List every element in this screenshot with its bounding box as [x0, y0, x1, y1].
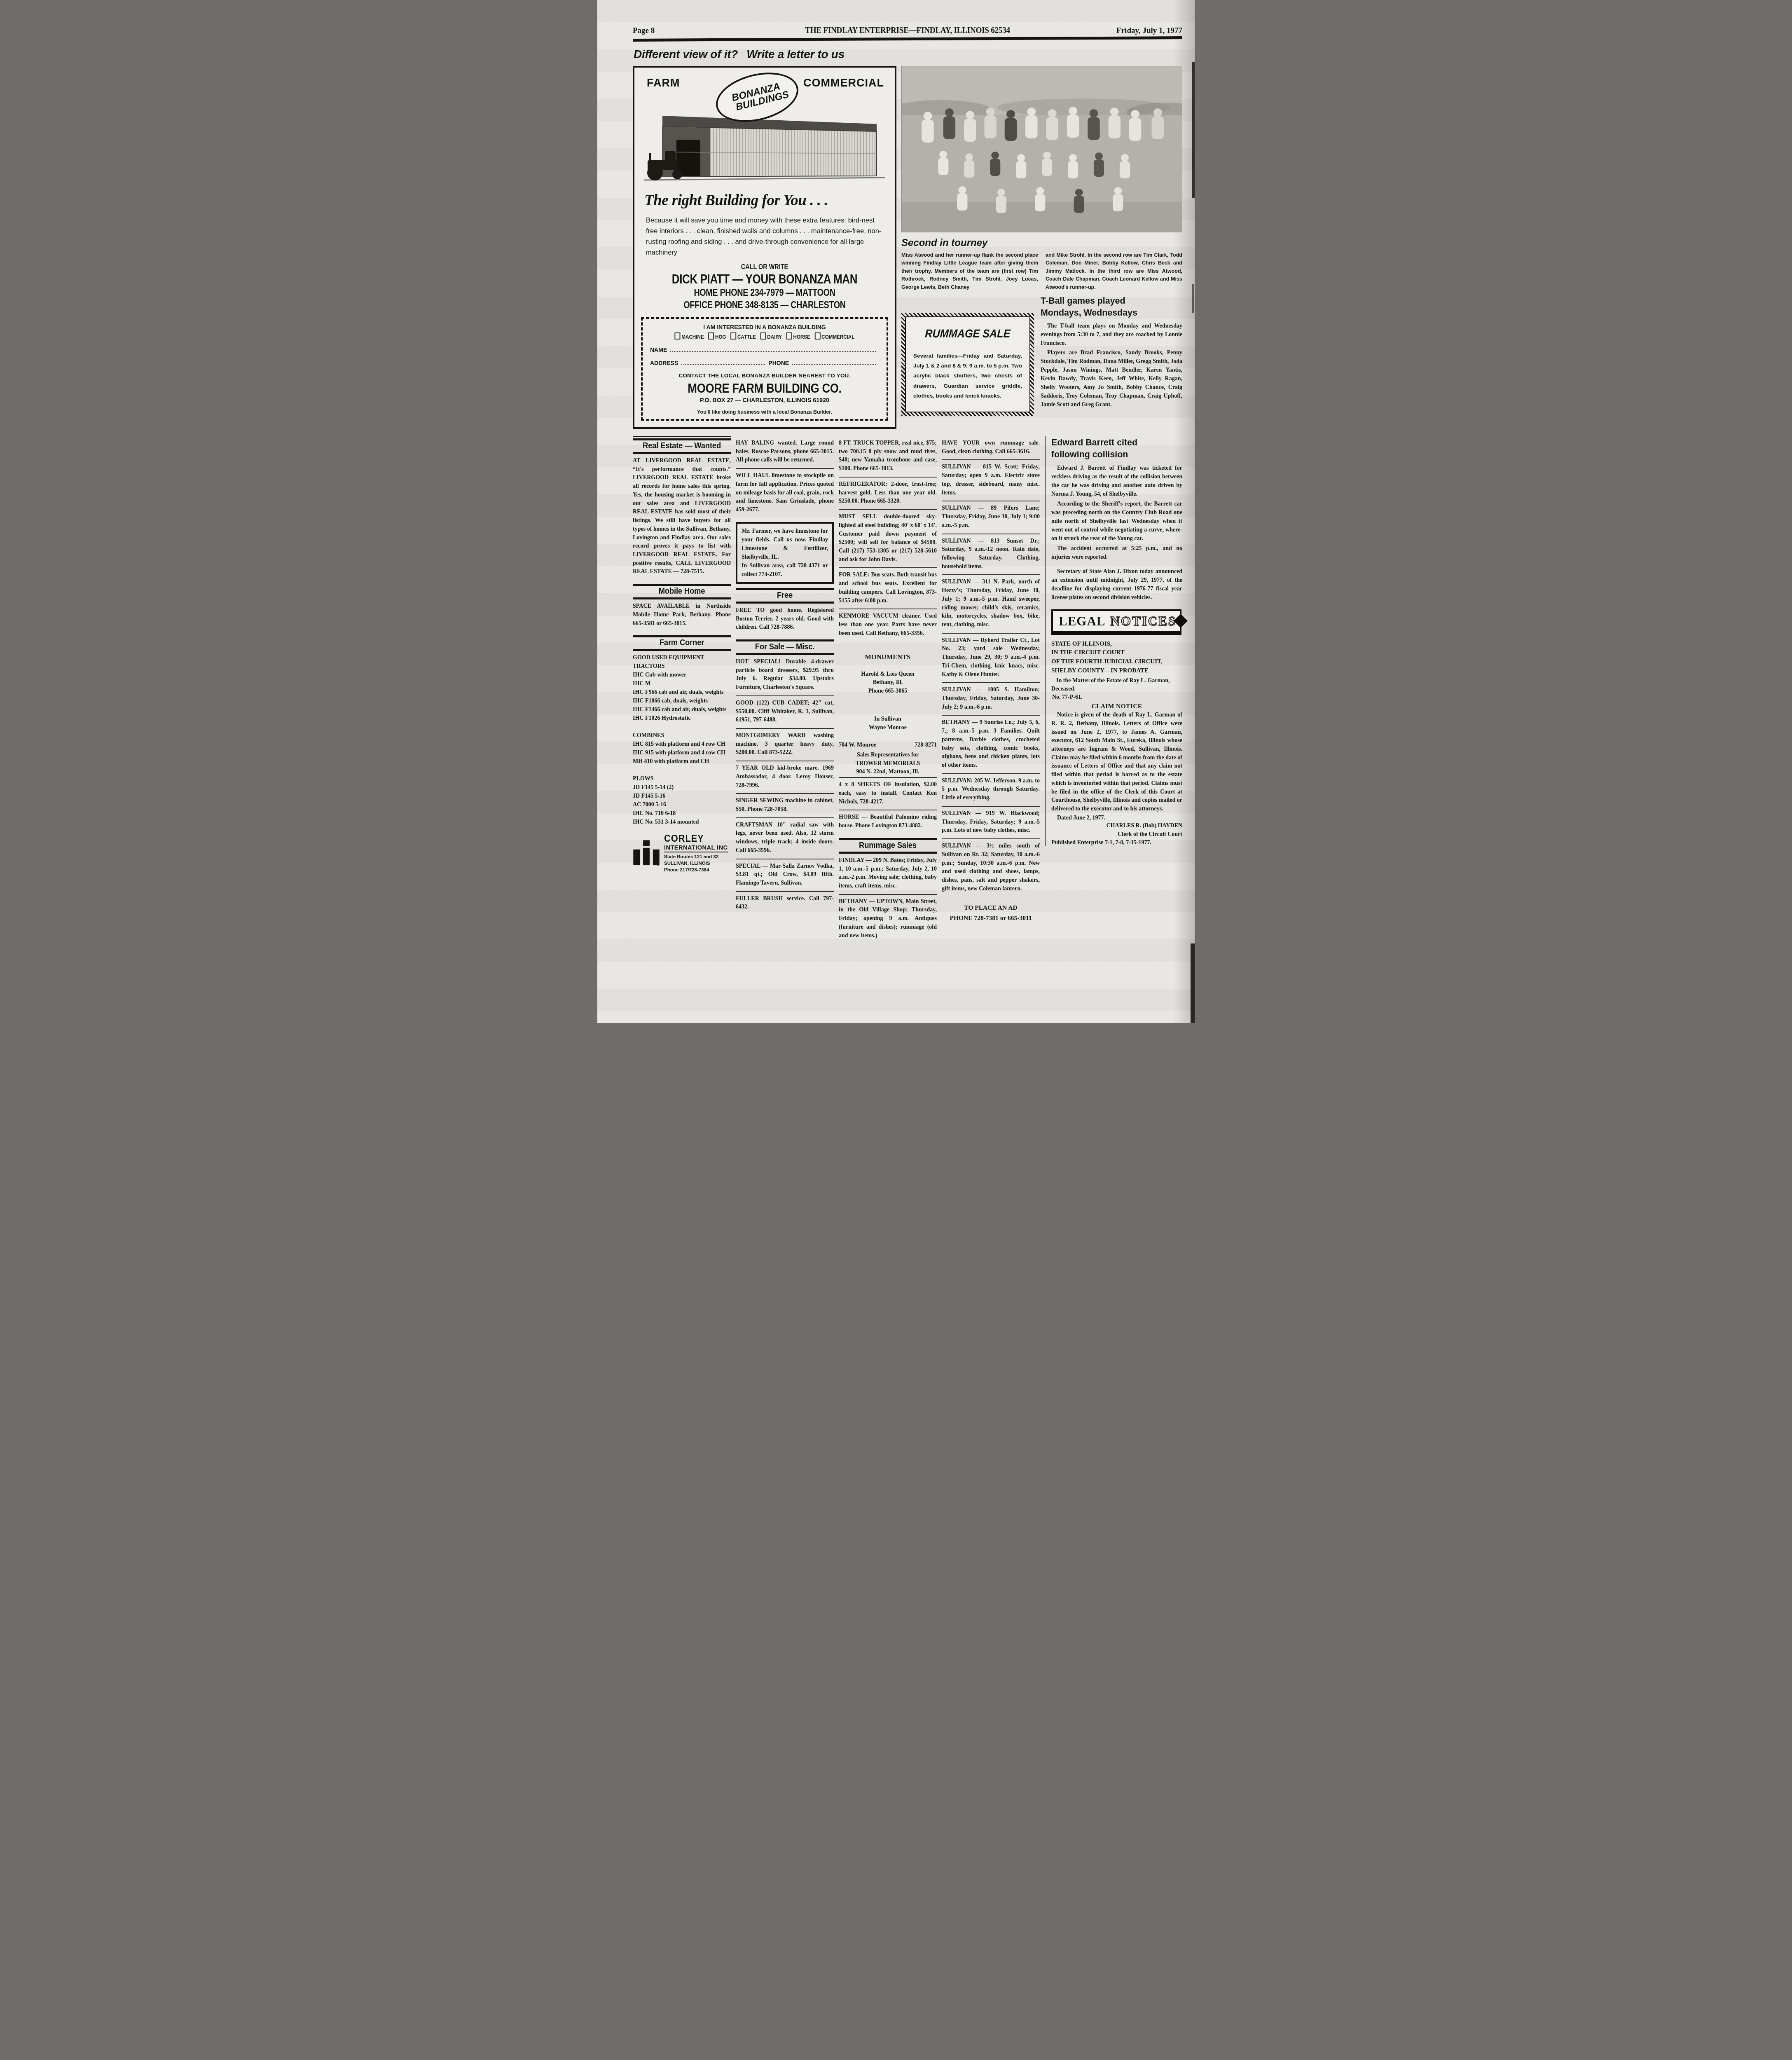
rummage-sale-ad: RUMMAGE SALE Several families—Friday and… [901, 313, 1034, 416]
farm-label: FARM [647, 77, 680, 89]
newspaper-page: Page 8 THE FINDLAY ENTERPRISE—FINDLAY, I… [597, 0, 1195, 1023]
newspaper-title: THE FINDLAY ENTERPRISE—FINDLAY, ILLINOIS… [644, 26, 1172, 35]
classified-ad: CRAFTSMAN 10" radial saw with legs, neve… [736, 818, 834, 859]
classified-ad: MUST SELL double-doored sky-lighted all … [839, 510, 937, 568]
checkbox-icon [708, 332, 714, 339]
limestone-boxed-ad: Mr. Farmer, we have limestone for your f… [736, 522, 834, 584]
top-section: FARM COMMERCIAL BONANZA BUILDINGS [633, 66, 1182, 429]
legal-dated-line: Dated June 2, 1977. [1051, 815, 1182, 822]
place-an-ad-notice: TO PLACE AN AD PHONE 728-7381 or 665-301… [942, 903, 1040, 924]
coupon-tagline: You'll like doing business with a local … [650, 409, 879, 415]
address-field-line [681, 364, 765, 365]
classified-ad: HAY BALING wanted. Large round bales. Ro… [736, 436, 834, 469]
section-head-farm-corner: Farm Corner [633, 635, 731, 651]
classified-ad: SULLIVAN — 89 Pifers Lane; Thursday, Fri… [942, 501, 1040, 534]
farm-corner-listing: GOOD USED EQUIPMENT TRACTORS IHC Cub wit… [633, 651, 731, 826]
classified-ad: SPACE AVAILABLE in Northside Mobile Home… [633, 599, 731, 631]
section-head-label: For Sale — Misc. [740, 641, 830, 653]
coupon-options-row: MACHINE HOG CATTLE DAIRY HORSE COMMERCIA… [658, 332, 871, 340]
section-head-real-estate: Real Estate — Wanted [633, 436, 731, 454]
classified-ad: SULLIVAN — 311 N. Park, north of Hezzy's… [942, 575, 1040, 633]
name-field-line [670, 351, 876, 352]
ih-logo-icon [633, 840, 660, 867]
classified-column-4: HAVE YOUR own rummage sale. Good, clean … [942, 436, 1040, 924]
classified-ad: REFRIGERATOR: 2-door, frost-free; harves… [839, 478, 937, 510]
barrett-paragraph-1: Edward J. Barrett of Findlay was tickete… [1051, 464, 1182, 499]
coupon-option-horse: HORSE [786, 334, 810, 340]
tball-paragraph-1: The T-ball team plays on Monday and Wedn… [1041, 322, 1182, 348]
tball-headline: T-Ball games played Mondays, Wednesdays [1041, 295, 1175, 319]
address-field-label: ADDRESS [650, 360, 678, 366]
section-head-for-sale: For Sale — Misc. [736, 639, 834, 655]
coupon-option-label: HORSE [793, 334, 810, 340]
team-photo [901, 66, 1182, 232]
rummage-sale-ad-inner: RUMMAGE SALE Several families—Friday and… [905, 316, 1030, 412]
checkbox-icon [815, 332, 821, 339]
classified-ad: SINGER SEWING machine in cabinet, $50. P… [736, 794, 834, 818]
classified-column-3: 8 FT. TRUCK TOPPER, real nice, $75; two … [839, 436, 937, 943]
section-head-free: Free [736, 588, 834, 604]
legal-matter-line: In the Matter of the Estate of Ray L. Ga… [1051, 677, 1182, 694]
classified-ad: SULLIVAN: 205 W. Jefferson. 9 a.m. to 5 … [942, 774, 1040, 807]
legal-case-number: No. 77-P-61. [1051, 694, 1182, 701]
dixon-paragraph: Secretary of State Alan J. Dixon today a… [1051, 567, 1182, 602]
corley-international-ad: CORLEY INTERNATIONAL INC State Routes 12… [633, 833, 731, 873]
masthead-rule [633, 36, 1182, 42]
dealer-name-line: DICK PIATT — YOUR BONANZA MAN [655, 272, 874, 287]
classified-ad: SULLIVAN — 813 Sunset Dr.; Saturday, 9 a… [942, 534, 1040, 576]
coupon-option-label: HOG [715, 334, 726, 340]
barrett-headline: Edward Barrett cited following collision [1051, 436, 1176, 461]
classified-column-2: HAY BALING wanted. Large round bales. Ro… [736, 436, 834, 915]
rule [633, 436, 731, 437]
claim-notice-body: Notice is given of the death of Ray L. G… [1051, 711, 1182, 814]
corley-address: State Routes 121 and 32 SULLIVAN, ILLINO… [664, 854, 728, 873]
tball-paragraph-2: Players are Brad Francisco, Sandy Brooks… [1041, 349, 1182, 409]
classified-ad: KENMORE VACUUM cleaner. Used less than o… [839, 609, 937, 641]
coupon-contact-line: CONTACT THE LOCAL BONANZA BUILDER NEARES… [650, 372, 879, 379]
company-address: P.O. BOX 27 — CHARLESTON, ILLINOIS 61920 [659, 397, 870, 404]
barrett-paragraph-3: The accident occurred at 5:25 p.m., and … [1051, 544, 1182, 562]
coupon-option-commercial: COMMERCIAL [815, 334, 855, 340]
classified-ad: FINDLAY — 209 N. Bates; Friday, July 1, … [839, 854, 937, 895]
caption-column-1: Miss Atwood and her runner-up flank the … [901, 251, 1038, 291]
section-head-mobile-home: Mobile Home [633, 584, 731, 599]
corley-ad-text: CORLEY INTERNATIONAL INC State Routes 12… [664, 833, 728, 873]
classified-ad: 8 FT. TRUCK TOPPER, real nice, $75; two … [839, 436, 937, 478]
classified-ad: MONTGOMERY WARD washing machine. 3 quart… [736, 729, 834, 761]
monuments-ad: MONUMENTS Harold & Lois Queen Bethany, I… [839, 641, 937, 741]
classified-ad: SULLIVAN — 919 W. Blackwood; Thursday, F… [942, 807, 1040, 839]
office-phone-line: OFFICE PHONE 348-8135 — CHARLESTON [653, 299, 877, 311]
classified-section: Real Estate — Wanted AT LIVERGOOD REAL E… [633, 436, 1182, 943]
letters-invite-headline: Different view of it? Write a letter to … [634, 48, 1182, 61]
coupon-name-row: NAME [650, 346, 879, 353]
checkbox-icon [786, 332, 792, 339]
legal-signature: CHARLES R. (Bob) HAYDEN Clerk of the Cir… [1051, 822, 1182, 839]
monuments-title: MONUMENTS [839, 652, 937, 662]
section-head-label: Farm Corner [637, 637, 727, 649]
coupon-option-machine: MACHINE [675, 334, 704, 340]
name-field-label: NAME [650, 346, 667, 353]
classified-ad: FULLER BRUSH service. Call 797-6432. [736, 892, 834, 915]
section-head-label: Real Estate — Wanted [637, 440, 727, 452]
section-head-label: Rummage Sales [843, 840, 933, 852]
coupon-option-label: MACHINE [681, 334, 704, 340]
classified-ad: FREE TO good home. Registered Boston Ter… [736, 604, 834, 635]
classified-ad: BETHANY — 9 Sunrise Ln.; July 5, 6, 7,; … [942, 716, 1040, 774]
claim-notice-title: CLAIM NOTICE [1051, 703, 1182, 710]
classified-ad: HOT SPECIAL! Durable 4-drawer particle b… [736, 655, 834, 696]
rummage-sale-body: Several families—Friday and Saturday, Ju… [913, 351, 1022, 401]
classified-ad: SULLIVAN — Ryherd Trailer Ct., Lot No. 2… [942, 634, 1040, 684]
classified-ad: SPECIAL — Mar-Salla Zarnov Vodka, $3.81 … [736, 859, 834, 892]
tball-article: T-Ball games played Mondays, Wednesdays … [1041, 295, 1182, 410]
phone-field-label: PHONE [768, 360, 789, 366]
bonanza-buildings-ad: FARM COMMERCIAL BONANZA BUILDINGS [633, 66, 896, 429]
scan-artifact [1192, 62, 1195, 198]
coupon-option-label: DAIRY [767, 334, 782, 340]
classified-ad: WILL HAUL limestone to stockpile on farm… [736, 469, 834, 518]
coupon-option-label: COMMERCIAL [821, 334, 854, 340]
corley-name2: INTERNATIONAL INC [664, 845, 728, 852]
classified-ad: GOOD (122) CUB CADET; 42" cut, $550.00. … [736, 696, 834, 729]
coupon-option-dairy: DAIRY [760, 334, 782, 340]
checkbox-icon [730, 332, 736, 339]
monuments-monroe-row: 704 W. Monroe 728-8271 [839, 741, 937, 751]
rummage-sale-title: RUMMAGE SALE [918, 327, 1017, 340]
scan-artifact [1192, 284, 1194, 313]
checkbox-icon [760, 332, 766, 339]
classified-ad: HAVE YOUR own rummage sale. Good, clean … [942, 436, 1040, 460]
coupon-interest-line: I AM INTERESTED IN A BONANZA BUILDING [650, 324, 879, 330]
classified-ad: 7 YEAR OLD kid-broke mare. 1969 Ambassad… [736, 761, 834, 794]
monuments-rep: Sales Representatives for TROWER MEMORIA… [839, 751, 937, 777]
masthead: Page 8 THE FINDLAY ENTERPRISE—FINDLAY, I… [633, 0, 1182, 35]
bonanza-ad-body: Because it will save you time and money … [646, 215, 884, 258]
caption-column-2: and Mike Strohl. In the second row are T… [1046, 251, 1182, 291]
classified-ad: FOR SALE: Bus seats. Both transit bus an… [839, 568, 937, 609]
monroe-address: 704 W. Monroe [839, 742, 876, 749]
spacer [839, 704, 937, 707]
coupon-option-label: CATTLE [737, 334, 756, 340]
legal-banner-word-notices: NOTICES [1111, 614, 1177, 629]
classified-ad: SULLIVAN — 3½ miles south of Sullivan on… [942, 839, 1040, 897]
classified-ad: SULLIVAN — 815 W. Scott; Friday, Saturda… [942, 460, 1040, 501]
legal-court-heading: STATE OF ILLINOIS, IN THE CIRCUIT COURT … [1051, 640, 1182, 676]
legal-published-line: Published Enterprise 7-1, 7-8, 7-15-1977… [1051, 840, 1182, 846]
phone-field-line [792, 364, 876, 365]
moore-farm-building-co: MOORE FARM BUILDING CO. [664, 381, 865, 396]
photo-caption: Miss Atwood and her runner-up flank the … [901, 251, 1182, 291]
home-phone-line: HOME PHONE 234-7979 — MATTOON [653, 287, 877, 299]
photo-caption-headline: Second in tourney [901, 237, 1182, 249]
bonanza-ad-title: The right Building for You . . . [644, 192, 887, 209]
classified-ad: SULLIVAN — 1005 S. Hamilton; Thursday, F… [942, 683, 1040, 716]
corley-name: CORLEY [664, 833, 725, 844]
news-column: Edward Barrett cited following collision… [1045, 436, 1182, 846]
monroe-phone: 728-8271 [915, 742, 937, 749]
team-photo-illustration [902, 66, 1182, 232]
classified-ad: 4 x 8 SHEETS OF insulation, $2.00 each, … [839, 777, 937, 810]
monuments-sullivan: In Sullivan Wayne Monroe [839, 715, 937, 732]
coupon-option-cattle: CATTLE [730, 334, 756, 340]
classified-ad: AT LIVERGOOD REAL ESTATE, “It's performa… [633, 454, 731, 580]
coupon-address-phone-row: ADDRESS PHONE [650, 360, 879, 366]
classified-column-1: Real Estate — Wanted AT LIVERGOOD REAL E… [633, 436, 731, 874]
classified-ad: BETHANY — UPTOWN, Main Street, in the Ol… [839, 895, 937, 944]
commercial-label: COMMERCIAL [803, 77, 884, 89]
checkbox-icon [675, 332, 681, 339]
legal-banner-word-legal: LEGAL [1059, 614, 1106, 629]
legal-notices-banner: LEGAL NOTICES [1051, 609, 1181, 635]
scan-artifact [1191, 943, 1195, 1023]
bonanza-coupon: I AM INTERESTED IN A BONANZA BUILDING MA… [641, 317, 888, 421]
below-caption-row: RUMMAGE SALE Several families—Friday and… [901, 295, 1182, 416]
coupon-option-hog: HOG [708, 334, 726, 340]
call-or-write-label: CALL OR WRITE [654, 263, 875, 271]
section-head-label: Free [740, 590, 830, 602]
section-head-label: Mobile Home [637, 586, 727, 597]
photo-and-stories: Second in tourney Miss Atwood and her ru… [901, 66, 1182, 416]
classified-ad: HORSE — Beautiful Palomino riding horse.… [839, 810, 937, 833]
section-head-rummage-sales: Rummage Sales [839, 838, 937, 854]
barrett-paragraph-2: According to the Sheriff's report, the B… [1051, 500, 1182, 543]
monuments-queen: Harold & Lois Queen Bethany, Ill. Phone … [839, 670, 937, 695]
